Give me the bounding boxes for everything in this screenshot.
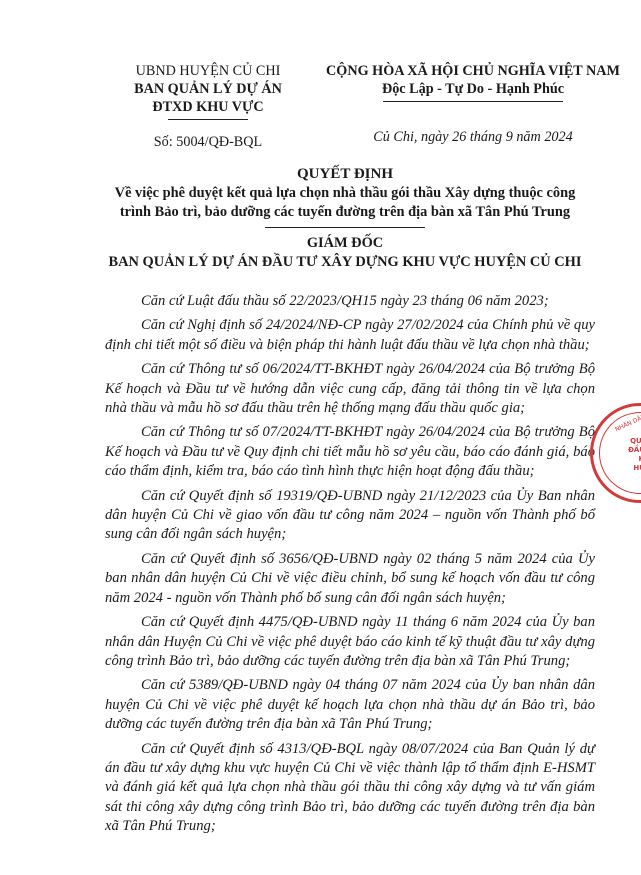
document-number: Số: 5004/QĐ-BQL xyxy=(108,133,308,151)
legal-basis-paragraph: Căn cứ Quyết định 4475/QĐ-UBND ngày 11 t… xyxy=(105,613,595,671)
legal-basis-paragraph: Căn cứ Quyết định số 4313/QĐ-BQL ngày 08… xyxy=(105,740,595,837)
legal-basis-paragraph: Căn cứ 5389/QĐ-UBND ngày 04 tháng 07 năm… xyxy=(105,676,595,734)
subject-line-1: Về việc phê duyệt kết quả lựa chọn nhà t… xyxy=(80,184,610,203)
stamp-center-text: ĐẦ QUẢN LÝ ĐẦU TƯ X KHU HUYỆN xyxy=(607,428,641,473)
legal-basis-paragraph: Căn cứ Thông tư số 06/2024/TT-BKHĐT ngày… xyxy=(105,360,595,418)
legal-basis-paragraph: Căn cứ Nghị định số 24/2024/NĐ-CP ngày 2… xyxy=(105,316,595,355)
stamp-line: HUYỆN xyxy=(607,464,641,473)
title-divider xyxy=(265,227,425,228)
place-date: Củ Chi, ngày 26 tháng 9 năm 2024 xyxy=(318,128,628,146)
legal-basis-paragraph: Căn cứ Luật đấu thầu số 22/2023/QH15 ngà… xyxy=(105,292,595,311)
authority-title: GIÁM ĐỐC xyxy=(80,234,610,253)
document-title: QUYẾT ĐỊNH xyxy=(80,165,610,184)
nation-name: CỘNG HÒA XÃ HỘI CHỦ NGHĨA VIỆT NAM xyxy=(318,62,628,80)
decision-title-block: QUYẾT ĐỊNH Về việc phê duyệt kết quả lựa… xyxy=(80,165,610,272)
legal-basis-paragraph: Căn cứ Quyết định số 19319/QĐ-UBND ngày … xyxy=(105,487,595,545)
national-header: CỘNG HÒA XÃ HỘI CHỦ NGHĨA VIỆT NAM Độc L… xyxy=(318,62,628,146)
stamp-line: KHU xyxy=(607,455,641,464)
document-page: UBND HUYỆN CỦ CHI BAN QUẢN LÝ DỰ ÁN ĐTXD… xyxy=(0,0,641,875)
agency-name-line2: ĐTXD KHU VỰC xyxy=(108,98,308,116)
stamp-line: ĐẦ xyxy=(607,428,641,437)
agency-name-line1: BAN QUẢN LÝ DỰ ÁN xyxy=(108,80,308,98)
legal-basis-paragraph: Căn cứ Thông tư số 07/2024/TT-BKHĐT ngày… xyxy=(105,423,595,481)
stamp-line: QUẢN LÝ xyxy=(607,437,641,446)
stamp-line: ĐẦU TƯ X xyxy=(607,446,641,455)
agency-parent: UBND HUYỆN CỦ CHI xyxy=(108,62,308,80)
authority-name: BAN QUẢN LÝ DỰ ÁN ĐẦU TƯ XÂY DỰNG KHU VỰ… xyxy=(80,253,610,272)
legal-basis-paragraph: Căn cứ Quyết định số 3656/QĐ-UBND ngày 0… xyxy=(105,550,595,608)
legal-basis-section: Căn cứ Luật đấu thầu số 22/2023/QH15 ngà… xyxy=(105,292,595,842)
motto-underline xyxy=(383,101,563,102)
subject-line-2: trình Bảo trì, bảo dưỡng các tuyến đường… xyxy=(80,203,610,222)
red-seal-stamp-icon: NHÂN DÂN HUYỆN ĐẦ QUẢN LÝ ĐẦU TƯ X KHU H… xyxy=(590,403,641,503)
issuing-agency-header: UBND HUYỆN CỦ CHI BAN QUẢN LÝ DỰ ÁN ĐTXD… xyxy=(108,62,308,151)
national-motto: Độc Lập - Tự Do - Hạnh Phúc xyxy=(318,80,628,98)
agency-underline xyxy=(168,119,248,120)
